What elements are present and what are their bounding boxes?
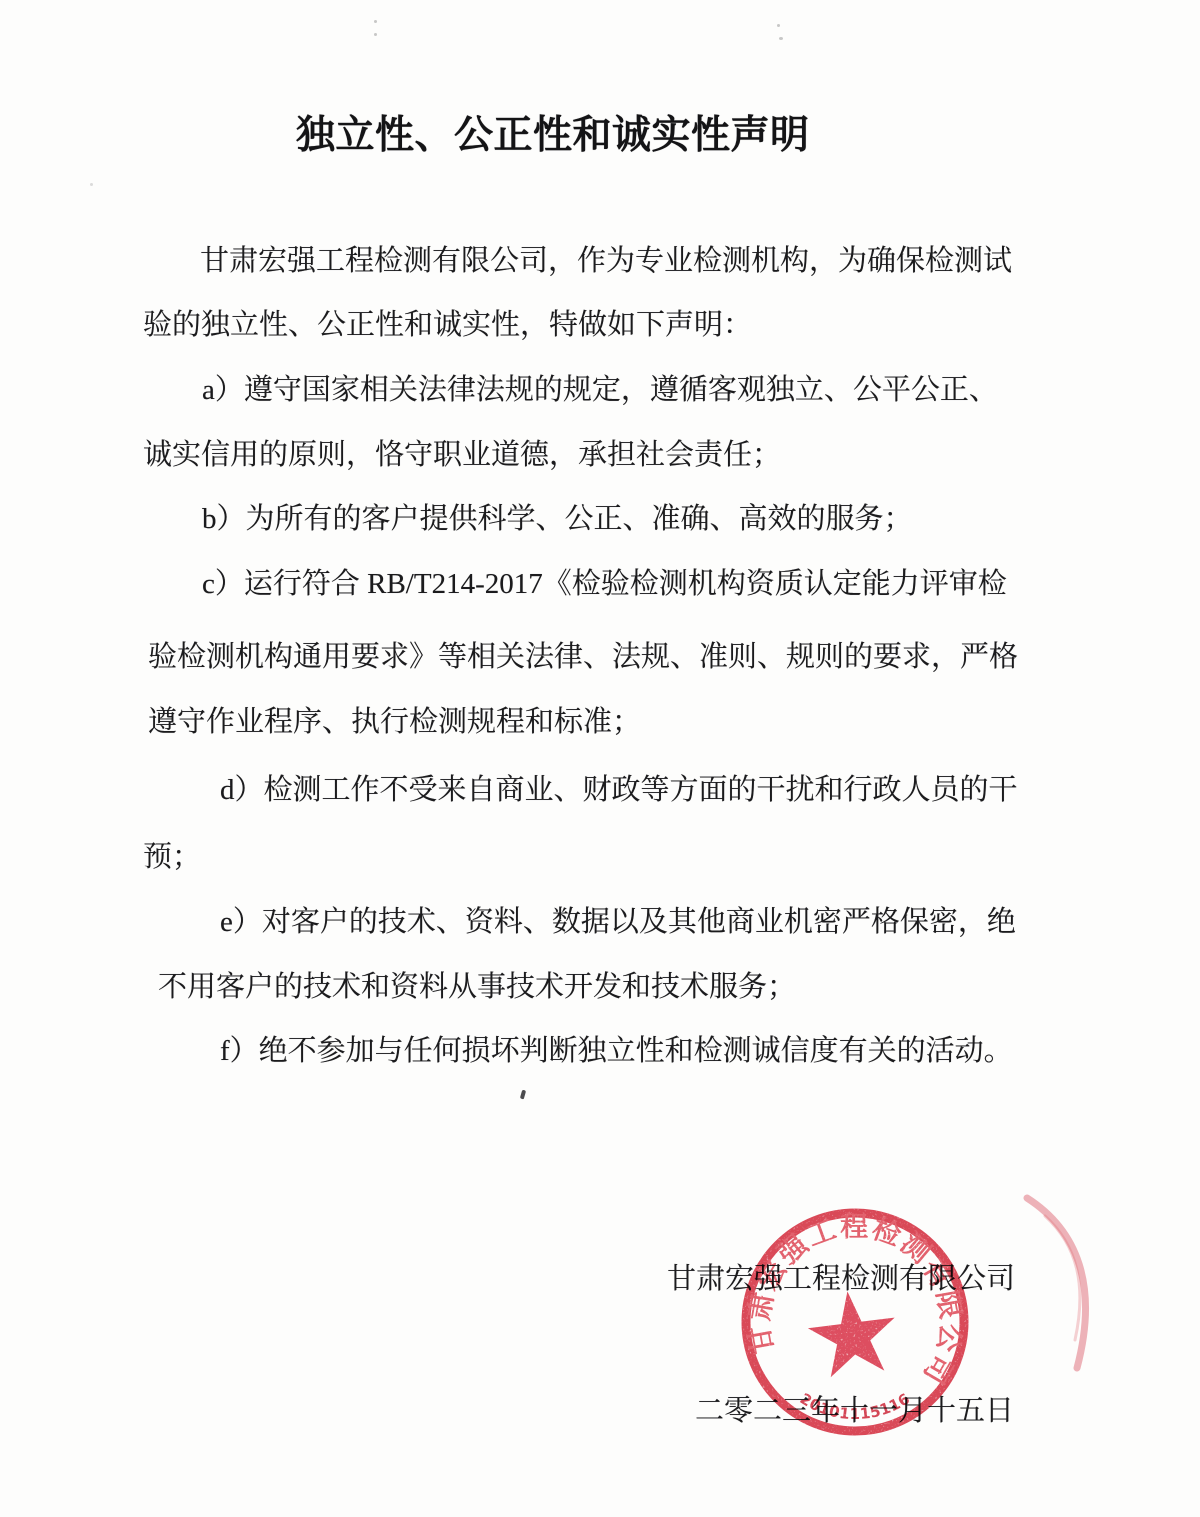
body-line-item-c: c）运行符合 RB/T214-2017《检验检测机构资质认定能力评审检 — [202, 566, 1007, 602]
body-line-item-e: e）对客户的技术、资料、数据以及其他商业机密严格保密，绝 — [220, 904, 1016, 940]
body-line-item-d: d）检测工作不受来自商业、财政等方面的干扰和行政人员的干 — [220, 772, 1018, 808]
seal-smudge — [1005, 1190, 1115, 1380]
body-line-item-a: a）遵守国家相关法律法规的规定，遵循客观独立、公平公正、 — [202, 372, 998, 408]
body-line: 验的独立性、公正性和诚实性，特做如下声明： — [143, 307, 752, 343]
seal-star-icon — [804, 1286, 901, 1379]
seal-arc-text: 甘肃宏强工程检测有限公司 — [743, 1211, 967, 1391]
body-line: 不用客户的技术和资料从事技术开发和技术服务； — [158, 969, 796, 1005]
body-line: 遵守作业程序、执行检测规程和标准； — [148, 704, 641, 740]
document-page: 独立性、公正性和诚实性声明 甘肃宏强工程检测有限公司，作为专业检测机构，为确保检… — [0, 0, 1200, 1517]
body-line: 预； — [143, 839, 201, 875]
body-line: 甘肃宏强工程检测有限公司，作为专业检测机构，为确保检测试 — [200, 243, 1012, 279]
body-line-item-b: b）为所有的客户提供科学、公正、准确、高效的服务； — [202, 501, 913, 537]
company-seal: 甘肃宏强工程检测有限公司 6201011151169 — [725, 1192, 985, 1452]
body-line-item-f: f）绝不参加与任何损坏判断独立性和检测诚信度有关的活动。 — [220, 1033, 1013, 1069]
body-line: 验检测机构通用要求》等相关法律、法规、准则、规则的要求，严格 — [148, 639, 1018, 675]
scan-speck — [374, 20, 377, 23]
body-line: 诚实信用的原则，恪守职业道德，承担社会责任； — [143, 437, 781, 473]
scan-speck — [779, 37, 783, 40]
svg-text:甘肃宏强工程检测有限公司: 甘肃宏强工程检测有限公司 — [743, 1211, 967, 1391]
document-title: 独立性、公正性和诚实性声明 — [296, 104, 810, 160]
scan-artifact-comma — [520, 1090, 526, 1100]
scan-speck — [374, 33, 377, 36]
scan-speck — [777, 24, 780, 27]
scan-speck — [90, 183, 93, 186]
